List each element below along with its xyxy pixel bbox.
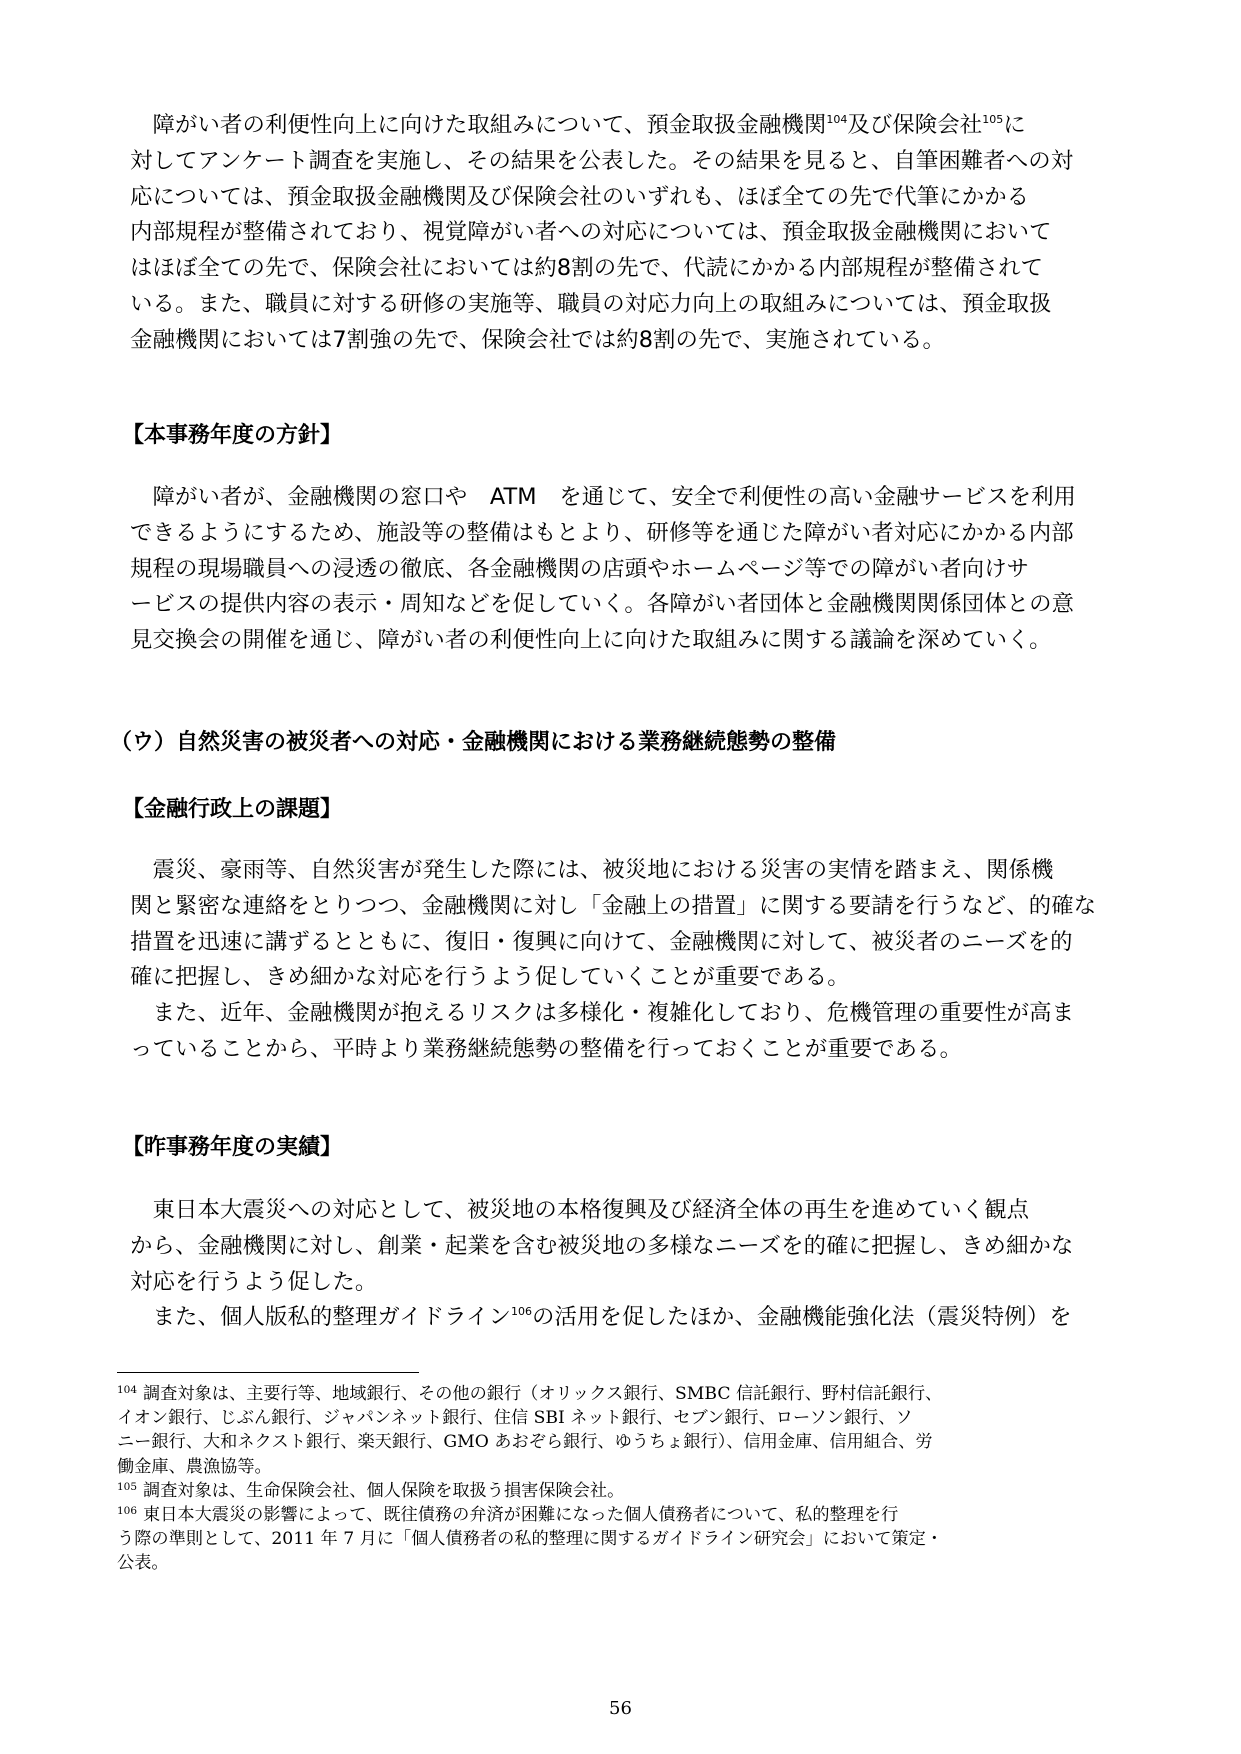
footnote-ref-104[interactable]: 104 [826,113,847,126]
paragraph-line: ービスの提供内容の表示・周知などを促していく。各障がい者団体と金融機関関係団体と… [130,587,1120,623]
paragraph-line: っていることから、平時より業務継続態勢の整備を行っておくことが重要である。 [130,1032,1120,1068]
paragraph-line: 内部規程が整備されており、視覚障がい者への対応については、預金取扱金融機関におい… [130,215,1120,251]
intro-paragraph: 障がい者の利便性向上に向けた取組みについて、預金取扱金融機関104及び保険会社1… [130,108,1120,359]
paragraph-line: 障がい者が、金融機関の窓口や ATM を通じて、安全で利便性の高い金融サービスを… [130,480,1120,516]
paragraph-line: 東日本大震災への対応として、被災地の本格復興及び経済全体の再生を進めていく観点 [130,1193,1120,1229]
paragraph-line: 金融機関においては7割強の先で、保険会社では約8割の先で、実施されている。 [130,323,1120,359]
policy-paragraph: 障がい者が、金融機関の窓口や ATM を通じて、安全で利便性の高い金融サービスを… [130,480,1120,659]
policy-heading: 【本事務年度の方針】 [122,418,342,449]
paragraph-line: また、近年、金融機関が抱えるリスクは多様化・複雑化しており、危機管理の重要性が高… [130,996,1120,1032]
document-page: 障がい者の利便性向上に向けた取組みについて、預金取扱金融機関104及び保険会社1… [0,0,1241,1754]
paragraph-line: 対応を行うよう促した。 [130,1265,1120,1301]
paragraph-line: 措置を迅速に講ずるとともに、復旧・復興に向けて、金融機関に対して、被災者のニーズ… [130,925,1120,961]
results-paragraph: 東日本大震災への対応として、被災地の本格復興及び経済全体の再生を進めていく観点 … [130,1193,1120,1336]
results-heading: 【昨事務年度の実績】 [122,1130,342,1161]
issues-paragraph: 震災、豪雨等、自然災害が発生した際には、被災地における災害の実情を踏まえ、関係機… [130,853,1120,1068]
footnote-number: 105 [117,1481,137,1493]
section-heading: （ウ）自然災害の被災者への対応・金融機関における業務継続態勢の整備 [110,725,836,756]
page-number: 56 [0,1698,1241,1719]
paragraph-line: 応については、預金取扱金融機関及び保険会社のいずれも、ほぼ全ての先で代筆にかかる [130,180,1120,216]
footnote-106: 106東日本大震災の影響によって、既往債務の弁済が困難になった個人債務者について… [117,1503,1119,1576]
paragraph-line: 確に把握し、きめ細かな対応を行うよう促していくことが重要である。 [130,960,1120,996]
paragraph-line: できるようにするため、施設等の整備はもとより、研修等を通じた障がい者対応にかかる… [130,516,1120,552]
paragraph-line: から、金融機関に対し、創業・起業を含む被災地の多様なニーズを的確に把握し、きめ細… [130,1229,1120,1265]
footnote-105: 105調査対象は、生命保険会社、個人保険を取扱う損害保険会社。 [117,1479,1119,1503]
paragraph-line: 見交換会の開催を通じ、障がい者の利便性向上に向けた取組みに関する議論を深めていく… [130,623,1120,659]
paragraph-line: はほぼ全ての先で、保険会社においては約8割の先で、代読にかかる内部規程が整備され… [130,251,1120,287]
footnotes: 104調査対象は、主要行等、地域銀行、その他の銀行（オリックス銀行、SMBC 信… [117,1382,1119,1576]
footnote-number: 106 [117,1505,137,1517]
footnote-104: 104調査対象は、主要行等、地域銀行、その他の銀行（オリックス銀行、SMBC 信… [117,1382,1119,1479]
paragraph-line: 規程の現場職員への浸透の徹底、各金融機関の店頭やホームページ等での障がい者向けサ [130,552,1120,588]
paragraph-line: また、個人版私的整理ガイドライン106の活用を促したほか、金融機能強化法（震災特… [130,1300,1120,1336]
paragraph-line: 関と緊密な連絡をとりつつ、金融機関に対し「金融上の措置」に関する要請を行うなど、… [130,889,1120,925]
paragraph-line: 障がい者の利便性向上に向けた取組みについて、預金取扱金融機関104及び保険会社1… [130,108,1120,144]
issues-heading: 【金融行政上の課題】 [122,792,342,823]
footnote-number: 104 [117,1384,137,1396]
footnote-ref-106[interactable]: 106 [511,1305,532,1318]
paragraph-line: いる。また、職員に対する研修の実施等、職員の対応力向上の取組みについては、預金取… [130,287,1120,323]
paragraph-line: 震災、豪雨等、自然災害が発生した際には、被災地における災害の実情を踏まえ、関係機 [130,853,1120,889]
paragraph-line: 対してアンケート調査を実施し、その結果を公表した。その結果を見ると、自筆困難者へ… [130,144,1120,180]
footnote-ref-105[interactable]: 105 [982,113,1003,126]
footnote-separator [117,1372,419,1373]
